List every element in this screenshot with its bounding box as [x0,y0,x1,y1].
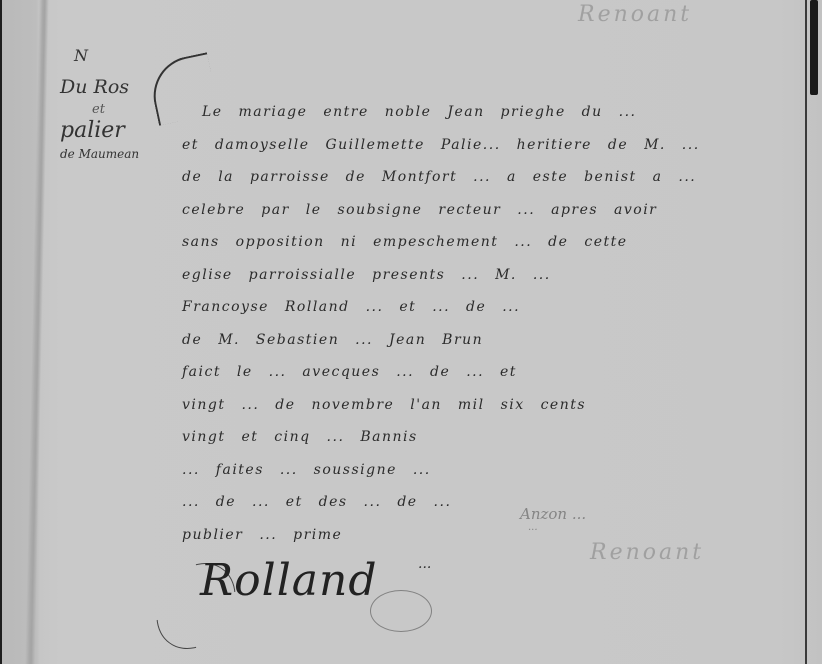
entry-line: vingt ... de novembre l'an mil six cents [182,389,802,422]
witness-signature: Anzon ... [520,505,586,523]
entry-line: Francoyse Rolland ... et ... de ... [182,291,802,324]
margin-groom-surname: Du Ros [60,78,160,97]
margin-note: N Du Ros et palier de Maumean [60,48,160,160]
entry-line: eglise parroissialle presents ... M. ... [182,259,802,292]
bleed-through-bottom: Renoant [590,540,704,565]
binding-edge [805,0,807,664]
margin-conjunction: et [92,103,160,116]
entry-line: et damoyselle Guillemette Palie... herit… [182,129,802,162]
rector-signature: Rolland [200,555,378,606]
entry-text: Le mariage entre noble Jean prieghe du .… [182,96,802,551]
entry-line: faict le ... avecques ... de ... et [182,356,802,389]
entry-line: celebre par le soubsigne recteur ... apr… [182,194,802,227]
margin-mark: N [74,48,160,64]
entry-line: vingt et cinq ... Bannis [182,421,802,454]
entry-line: de la parroisse de Montfort ... a este b… [182,161,802,194]
bleed-through-header: Renoant [578,2,692,27]
register-page: Renoant N Du Ros et palier de Maumean Le… [0,0,822,664]
entry-line: publier ... prime [182,519,802,552]
paraph-flourish [370,590,432,632]
entry-line: sans opposition ni empeschement ... de c… [182,226,802,259]
entry-line: de M. Sebastien ... Jean Brun [182,324,802,357]
signature-suffix: ... [418,556,431,572]
page-fold-line [25,0,49,664]
page-left-edge [0,0,2,664]
entry-line: ... de ... et des ... de ... [182,486,802,519]
margin-place: de Maumean [60,148,160,160]
binding-thread [810,0,818,95]
witness-signature-line2: ... [528,522,538,533]
margin-bride-surname: palier [60,120,160,142]
entry-line: Le mariage entre noble Jean prieghe du .… [202,96,802,129]
entry-line: ... faites ... soussigne ... [182,454,802,487]
